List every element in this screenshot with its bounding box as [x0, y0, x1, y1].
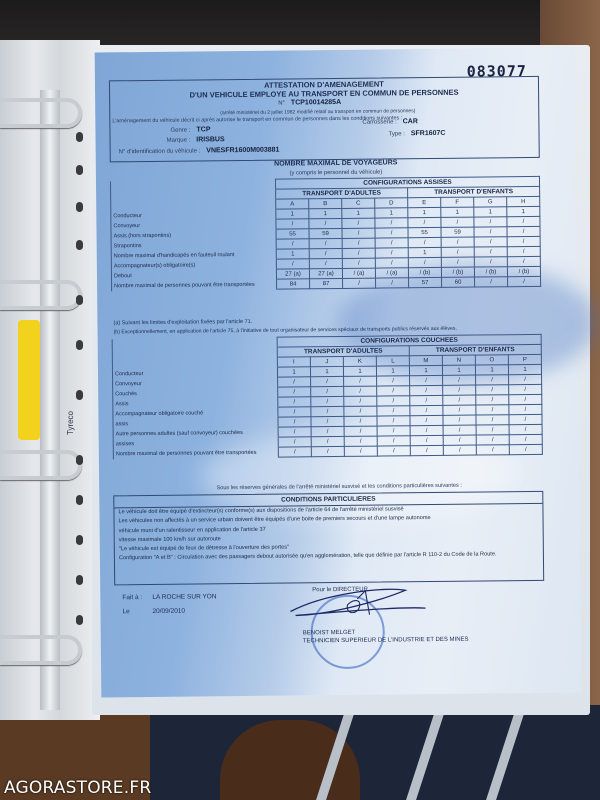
vin-field: N° d'identification du véhicule :VNESFR1… [119, 147, 280, 156]
punch-hole [76, 535, 83, 545]
binder-ring-icon [0, 98, 82, 128]
punch-hole [76, 495, 83, 505]
table-cell: / [509, 384, 542, 394]
table-cell: / [377, 406, 410, 416]
table-cell: / [443, 375, 476, 385]
table-cell: / [375, 248, 408, 258]
binder-brand: Tyreco [66, 411, 75, 435]
table-cell: / [377, 426, 410, 436]
table-cell: / [276, 239, 309, 249]
table-cell: 27 (a) [309, 268, 342, 278]
punch-hole [76, 132, 83, 142]
genre-value: TCP [196, 126, 210, 133]
table-cell: / [509, 434, 542, 444]
table-cell: / [476, 395, 509, 405]
table-cell: 59 [309, 228, 342, 238]
carrosserie-value: CAR [403, 118, 418, 125]
table-cell: / [376, 278, 409, 288]
conditions-list: Le véhicule doit être équipé d'extincteu… [114, 504, 543, 564]
signatory-role: TECHNICIEN SUPERIEUR DE L'INDUSTRIE ET D… [303, 637, 469, 645]
punch-hole [76, 455, 83, 465]
table-cell: 27 (a) [276, 269, 309, 279]
table-cell: / [311, 396, 344, 406]
table-cell: / [474, 257, 507, 267]
table-cell: 55 [408, 227, 441, 237]
type-field: Type :SFR1607C [388, 130, 445, 138]
table-cell: / [509, 404, 542, 414]
table-cell: / [476, 445, 509, 455]
table-cell: 1 [343, 366, 376, 376]
conditions-box: CONDITIONS PARTICULIERES Le véhicule doi… [113, 491, 544, 585]
table-cell: / [410, 425, 443, 435]
table-cell: / [344, 406, 377, 416]
table-cell: / [476, 435, 509, 445]
table-cell: / [408, 257, 441, 267]
table-cell: / [507, 236, 540, 246]
table-cell: / [410, 385, 443, 395]
table-cell: 1 [277, 367, 310, 377]
table-cell: / [410, 405, 443, 415]
table-cell: 1 [408, 207, 441, 217]
table-cell: / [443, 385, 476, 395]
table-cell: / [311, 406, 344, 416]
table-cell: / [509, 394, 542, 404]
table-cell: / [443, 425, 476, 435]
table-cell: 1 [309, 208, 342, 218]
binder: Tyreco [0, 40, 100, 720]
table-cell: / [474, 217, 507, 227]
table-cell: 1 [276, 209, 309, 219]
table-cell: / [344, 426, 377, 436]
table-cell: / [474, 237, 507, 247]
row-label: Nombre maximal de personnes pouvant être… [112, 279, 277, 291]
table-cell: 1 [342, 208, 375, 218]
vin-value: VNESFR1600M003881 [206, 147, 279, 155]
table-cell: / [441, 237, 474, 247]
column-header: M [409, 355, 442, 365]
table-cell: / [377, 376, 410, 386]
table-cell: / [375, 228, 408, 238]
table-cell: / [410, 415, 443, 425]
table-cell: 1 [276, 249, 309, 259]
table-cell: / [443, 395, 476, 405]
watermark: AGORASTORE.FR [4, 778, 151, 798]
table-cell: / [377, 396, 410, 406]
column-header: P [508, 354, 541, 364]
table-cell: / [278, 447, 311, 457]
header-box: ATTESTATION D'AMENAGEMENT D'UN VEHICULE … [109, 76, 540, 162]
yellow-tab [18, 320, 40, 440]
binder-ring-icon [0, 450, 82, 480]
table-cell: 1 [508, 364, 541, 374]
table-cell: / [342, 258, 375, 268]
punch-hole [76, 575, 83, 585]
column-header: H [507, 196, 540, 206]
table-cell: / [342, 228, 375, 238]
binder-spine [40, 90, 60, 710]
fait-value: LA ROCHE SUR YON [152, 593, 216, 601]
table-cell: / [377, 386, 410, 396]
table-cell: / [377, 416, 410, 426]
table-cell: / [474, 247, 507, 257]
genre-label: Genre : [170, 128, 190, 134]
table-cell: 59 [441, 227, 474, 237]
table-cell: / [276, 259, 309, 269]
table-cell: 1 [409, 365, 442, 375]
table-cell: / [311, 436, 344, 446]
table-cell: / [344, 416, 377, 426]
table-cell: / [474, 227, 507, 237]
table-cell: 57 [409, 277, 442, 287]
table-cell: / (a) [342, 268, 375, 278]
punch-hole [76, 390, 83, 400]
reference-value: TCP10014285A [291, 99, 341, 107]
table-cell: / [410, 435, 443, 445]
table-configurations-assises: CONFIGURATIONS ASSISESTRANSPORT D'ADULTE… [110, 176, 541, 291]
column-header: C [342, 198, 375, 208]
note-a: (a) Suivant les limites d'exploitation f… [113, 319, 252, 326]
date-value: 20/09/2010 [152, 608, 185, 615]
table-cell: / [278, 397, 311, 407]
column-header: B [309, 198, 342, 208]
genre-field: Genre :TCP [170, 126, 210, 133]
table-cell: / [309, 218, 342, 228]
table-cell: / [476, 375, 509, 385]
table-cell: 55 [276, 229, 309, 239]
table-cell: / (b) [408, 267, 441, 277]
table-cell: / [507, 216, 540, 226]
table-cell: / [507, 246, 540, 256]
table-cell: / [375, 218, 408, 228]
table-cell: / [476, 405, 509, 415]
table-cell: / [508, 276, 541, 286]
column-header: G [474, 197, 507, 207]
table-cell: / [278, 387, 311, 397]
date-label: Le [122, 608, 129, 615]
table-cell: / [278, 377, 311, 387]
row-label: Nombre maximal de personnes pouvant être… [113, 447, 278, 459]
table-cell: / [311, 416, 344, 426]
carrosserie-field: Carrosserie :CAR [362, 118, 418, 126]
column-header: N [442, 355, 475, 365]
table-cell: / [441, 247, 474, 257]
table-cell: / [475, 277, 508, 287]
table-cell: 1 [376, 366, 409, 376]
vin-label: N° d'identification du véhicule : [119, 148, 201, 155]
table-cell: / [377, 446, 410, 456]
table-cell: 1 [375, 208, 408, 218]
column-header: O [475, 355, 508, 365]
table-cell: / [311, 426, 344, 436]
table-cell: / (b) [441, 267, 474, 277]
table-cell: / [441, 217, 474, 227]
table-cell: / [344, 376, 377, 386]
type-label: Type : [388, 131, 404, 137]
table-cell: / [476, 385, 509, 395]
table-cell: / [311, 386, 344, 396]
table-cell: 1 [442, 365, 475, 375]
marque-label: Marque : [167, 138, 191, 144]
punch-hole [76, 615, 83, 625]
table-cell: / [278, 427, 311, 437]
table-cell: / [507, 256, 540, 266]
table-cell: / [342, 238, 375, 248]
table-cell: / [344, 386, 377, 396]
table-cell: / [509, 424, 542, 434]
column-header: D [375, 198, 408, 208]
table-cell: / [309, 248, 342, 258]
intro-text: L'aménagement du véhicule décrit ci aprè… [112, 115, 402, 124]
table-cell: / [278, 437, 311, 447]
punch-hole [76, 295, 83, 305]
table-cell: / [476, 425, 509, 435]
table-cell: / [377, 436, 410, 446]
table-cell: / [410, 375, 443, 385]
punch-hole [76, 340, 83, 350]
table-cell: / [441, 257, 474, 267]
reference-field: N°TCP10014285A [278, 99, 341, 107]
pour-directeur: Pour le DIRECTEUR [312, 587, 368, 594]
table-cell: / [408, 217, 441, 227]
table-cell: 1 [475, 365, 508, 375]
table-cell: / [509, 374, 542, 384]
column-header: K [343, 356, 376, 366]
column-header: A [276, 199, 309, 209]
table-cell: 87 [310, 278, 343, 288]
column-header: F [441, 197, 474, 207]
table-cell: / [344, 396, 377, 406]
column-header: L [376, 356, 409, 366]
type-value: SFR1607C [411, 130, 446, 137]
punch-hole [76, 240, 83, 250]
table-cell: / [375, 258, 408, 268]
table-cell: / [443, 405, 476, 415]
table-cell: 1 [408, 247, 441, 257]
table-cell: / [342, 218, 375, 228]
reference-label: N° [278, 101, 285, 107]
binder-ring-icon [0, 280, 82, 310]
table-cell: 1 [310, 366, 343, 376]
table-cell: / [343, 278, 376, 288]
table-cell: / (a) [375, 268, 408, 278]
table-cell: / [443, 415, 476, 425]
table-cell: / [509, 444, 542, 454]
table-cell: / [342, 248, 375, 258]
table-cell: / [443, 445, 476, 455]
punch-hole [76, 165, 83, 175]
punch-hole [76, 202, 83, 212]
table-cell: / [276, 219, 309, 229]
table-cell: / [507, 226, 540, 236]
table-cell: / [375, 238, 408, 248]
table-cell: / [311, 446, 344, 456]
table-cell: 1 [474, 207, 507, 217]
table-cell: / [309, 238, 342, 248]
table-cell: / [443, 435, 476, 445]
table-cell: / [476, 415, 509, 425]
table-cell: 60 [442, 277, 475, 287]
table-cell: / [278, 407, 311, 417]
table-cell: / (b) [507, 266, 540, 276]
column-header: E [408, 197, 441, 207]
fait-label: Fait à : [122, 594, 142, 601]
attestation-document: 083077 ATTESTATION D'AMENAGEMENT D'UN VE… [95, 48, 582, 698]
carrosserie-label: Carrosserie : [362, 119, 396, 125]
table-cell: / [408, 237, 441, 247]
table-cell: / [410, 445, 443, 455]
marque-value: IRISBUS [196, 136, 224, 143]
table-cell: 1 [507, 206, 540, 216]
marque-field: Marque :IRISBUS [167, 136, 225, 144]
table-cell: / [509, 414, 542, 424]
column-header: I [277, 357, 310, 367]
table-cell: / [311, 376, 344, 386]
table-cell: / [344, 436, 377, 446]
table-cell: / (b) [474, 267, 507, 277]
signatory-name: BENOIST MELGET [303, 630, 356, 637]
column-header: J [310, 356, 343, 366]
binder-ring-icon [0, 635, 82, 665]
table-cell: 84 [277, 279, 310, 289]
table-cell: / [410, 395, 443, 405]
table-cell: / [344, 446, 377, 456]
table-cell: 1 [441, 207, 474, 217]
table-configurations-couchees: CONFIGURATIONS COUCHEESTRANSPORT D'ADULT… [112, 334, 543, 459]
table-cell: / [278, 417, 311, 427]
table-cell: / [309, 258, 342, 268]
